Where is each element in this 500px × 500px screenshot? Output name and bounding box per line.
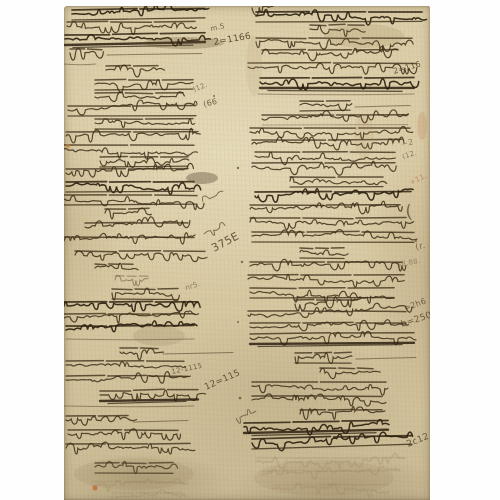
headline-stroke <box>95 119 193 120</box>
handwritten-line <box>100 389 206 403</box>
headline-stroke <box>70 49 102 50</box>
headline-stroke <box>300 248 344 249</box>
headline-stroke <box>260 78 414 79</box>
handwritten-line <box>95 79 193 92</box>
handwritten-line <box>112 288 179 301</box>
marginal-annotation: )12. <box>192 81 209 94</box>
handwritten-line <box>295 352 416 363</box>
headline-stroke <box>68 430 178 431</box>
script-stroke <box>64 301 200 311</box>
handwritten-line <box>64 311 198 323</box>
script-stroke <box>320 368 380 378</box>
handwritten-line <box>255 189 413 203</box>
marginal-annotation: 58.88. <box>396 257 421 269</box>
handwritten-line <box>262 46 398 60</box>
script-stroke <box>95 119 195 128</box>
script-stroke <box>64 196 204 210</box>
handwritten-line <box>64 301 200 311</box>
underline-stroke <box>256 21 422 22</box>
headline-stroke <box>66 169 188 170</box>
headline-stroke <box>106 65 158 66</box>
handwritten-line <box>248 274 404 287</box>
marginal-annotation: 12-1115 <box>171 362 203 376</box>
script-stroke <box>68 100 197 115</box>
headline-stroke <box>95 264 133 265</box>
headline-stroke <box>100 157 188 158</box>
underline-stroke <box>112 299 178 300</box>
script-stroke <box>120 348 163 359</box>
underline-stroke <box>250 343 414 344</box>
trailing-rule-stroke <box>133 421 188 423</box>
handwritten-line <box>66 416 188 426</box>
headline-stroke <box>244 421 388 424</box>
handwritten-line <box>252 6 273 15</box>
handwritten-line <box>252 137 404 150</box>
ink-dot <box>237 167 239 169</box>
handwritten-line <box>290 177 387 187</box>
headline-stroke <box>66 416 128 417</box>
right-column <box>244 6 427 497</box>
headline-stroke <box>250 218 406 219</box>
handwritten-line <box>120 348 233 360</box>
marginal-annotation: m.5 <box>210 22 226 33</box>
script-stroke <box>295 353 352 364</box>
headline-stroke <box>300 101 350 102</box>
handwritten-line <box>260 78 419 92</box>
marginal-annotation: 2=1166 <box>213 32 252 48</box>
underline-stroke <box>64 204 197 205</box>
underline-stroke <box>268 91 402 92</box>
headline-stroke <box>65 33 205 35</box>
script-stroke <box>66 183 201 194</box>
script-stroke <box>250 259 406 271</box>
headline-stroke <box>75 251 205 252</box>
handwritten-line <box>68 100 197 116</box>
marginal-annotation: (r. <box>415 241 427 253</box>
script-stroke <box>64 311 198 323</box>
handwritten-line <box>95 263 138 270</box>
ruled-line <box>64 406 194 407</box>
script-stroke <box>250 201 402 214</box>
trailing-rule-stroke <box>163 353 233 355</box>
handwritten-line <box>66 182 201 195</box>
script-stroke <box>300 407 385 420</box>
handwriting-layer: m.52=1166)12.(66375Enr5.12-111512=1152=1… <box>64 6 430 500</box>
headline-stroke <box>64 195 197 196</box>
handwritten-line <box>75 251 207 262</box>
handwritten-line <box>250 320 408 331</box>
script-stroke <box>250 217 414 229</box>
handwritten-line <box>295 297 361 311</box>
manuscript-page: m.52=1166)12.(66375Enr5.12-111512=1152=1… <box>64 6 430 500</box>
headline-stroke <box>67 21 195 22</box>
handwritten-line <box>262 110 408 125</box>
marginal-annotation: 2c12 <box>405 432 430 450</box>
ink-stain <box>354 114 374 158</box>
handwritten-line <box>70 48 202 60</box>
headline-stroke <box>95 93 183 94</box>
script-stroke <box>290 177 387 185</box>
ink-stain <box>74 458 194 490</box>
headline-stroke <box>100 389 198 391</box>
handwritten-line <box>252 394 386 406</box>
underline-stroke <box>66 191 194 192</box>
handwritten-line <box>250 288 394 303</box>
handwritten-line <box>250 201 402 214</box>
headline-stroke <box>248 63 416 64</box>
ink-stain <box>254 460 394 496</box>
script-stroke <box>64 233 195 244</box>
left-column <box>64 6 233 500</box>
ink-stain <box>324 24 404 48</box>
handwritten-line <box>72 6 209 20</box>
underline-stroke <box>250 298 394 299</box>
handwritten-line <box>95 119 195 130</box>
handwritten-line <box>106 65 165 77</box>
headline-stroke <box>66 443 190 444</box>
headline-stroke <box>262 50 398 51</box>
ruled-line <box>64 64 96 65</box>
headline-stroke <box>320 368 373 369</box>
handwritten-line <box>64 233 195 244</box>
marginal-annotation <box>201 186 224 203</box>
marginal-annotation: (66 <box>202 97 218 109</box>
script-stroke <box>248 274 404 287</box>
headline-stroke <box>66 361 184 362</box>
handwritten-line <box>66 128 200 143</box>
marginal-annotation: nr5. <box>184 280 201 292</box>
handwritten-line <box>300 407 385 420</box>
marginal-scribble-stroke <box>235 408 258 424</box>
underline-stroke <box>100 399 198 401</box>
handwritten-line <box>115 275 148 286</box>
handwritten-line <box>248 303 412 317</box>
handwritten-line <box>100 157 189 168</box>
script-stroke <box>66 362 186 368</box>
underline-stroke <box>95 89 193 90</box>
marginal-annotation: ( <box>404 201 413 223</box>
underline-stroke <box>95 129 193 130</box>
handwritten-line <box>320 368 380 379</box>
handwritten-line <box>250 217 414 229</box>
trailing-rule-stroke <box>355 106 410 108</box>
ink-stain <box>186 172 218 184</box>
headline-stroke <box>295 352 351 353</box>
trailing-rule-stroke <box>356 358 416 360</box>
ink-stain <box>417 112 427 140</box>
script-stroke <box>252 6 273 15</box>
script-stroke <box>106 65 165 77</box>
handwritten-line <box>252 230 417 243</box>
handwritten-line <box>66 442 195 454</box>
handwritten-line <box>66 361 186 368</box>
handwritten-line <box>252 161 396 175</box>
handwritten-line <box>64 195 204 210</box>
rule-stroke <box>64 64 96 65</box>
script-stroke <box>255 189 413 203</box>
handwritten-line <box>244 420 389 436</box>
ink-stain <box>66 144 70 148</box>
marginal-annotation: +11, <box>408 172 428 187</box>
underline-stroke <box>300 258 344 259</box>
script-stroke <box>262 46 398 60</box>
headline-stroke <box>250 288 394 289</box>
headline-stroke <box>252 139 402 140</box>
headline-stroke <box>95 79 193 80</box>
script-stroke <box>112 490 186 500</box>
marginal-annotation: ~2 <box>400 137 414 149</box>
headline-stroke <box>255 152 395 153</box>
headline-stroke <box>255 192 411 193</box>
script-stroke <box>300 250 348 255</box>
headline-stroke <box>252 163 395 164</box>
script-stroke <box>262 110 408 123</box>
handwritten-line <box>300 248 348 259</box>
ink-dot <box>237 321 239 323</box>
ink-stain <box>133 326 185 346</box>
rule-stroke <box>258 94 414 95</box>
script-stroke <box>72 6 209 16</box>
marginal-annotation: =2h6 <box>403 297 428 313</box>
headline-stroke <box>64 301 198 302</box>
script-stroke <box>250 320 408 331</box>
marginal-annotation: (12. <box>401 149 418 161</box>
underline-stroke <box>72 18 205 20</box>
script-stroke <box>295 297 361 311</box>
rule-stroke <box>64 406 194 407</box>
headline-stroke <box>300 410 382 411</box>
handwritten-line <box>256 10 427 25</box>
marginal-scribble-stroke <box>201 186 224 203</box>
ruled-line <box>258 94 414 95</box>
ink-stain <box>246 36 262 96</box>
script-stroke <box>115 275 148 286</box>
script-stroke <box>66 128 200 143</box>
script-stroke <box>250 290 394 303</box>
handwritten-line <box>68 429 181 440</box>
marginal-annotation <box>235 408 258 424</box>
script-stroke <box>75 251 207 262</box>
ink-dot <box>239 397 242 400</box>
handwritten-line <box>112 490 186 500</box>
ink-dot <box>241 261 243 263</box>
handwritten-line <box>250 332 416 347</box>
trailing-rule-stroke <box>107 54 202 56</box>
handwritten-line <box>85 217 190 228</box>
marginal-annotation: h=250 <box>400 310 430 329</box>
handwritten-line <box>250 259 406 271</box>
script-stroke <box>66 416 137 425</box>
marginal-annotation: 12=115 <box>203 368 242 393</box>
screenshot-root: m.52=1166)12.(66375Enr5.12-111512=1152=1… <box>0 0 500 500</box>
handwritten-line <box>252 382 388 395</box>
